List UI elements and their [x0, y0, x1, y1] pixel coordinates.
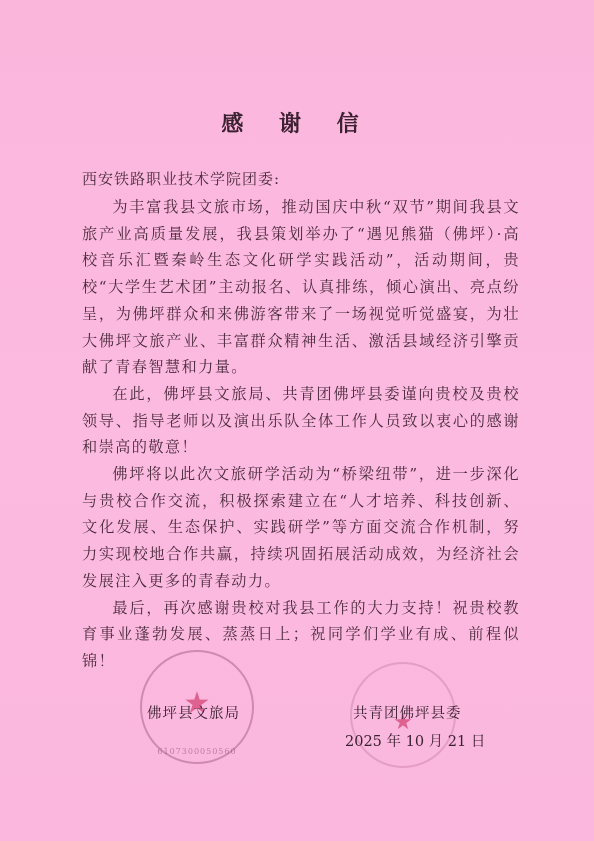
- paragraph-3: 佛坪将以此次文旅研学活动为“桥梁纽带”，进一步深化与贵校合作交流，积极探索建立在…: [82, 461, 520, 595]
- paragraph-4: 最后，再次感谢贵校对我县工作的大力支持！祝贵校教育事业蓬勃发展、蒸蒸日上；祝同学…: [82, 595, 520, 675]
- paragraph-2: 在此，佛坪县文旅局、共青团佛坪县委谨向贵校及贵校领导、指导老师以及演出乐队全体工…: [82, 381, 520, 461]
- signature-right: 共青团佛坪县委: [353, 702, 462, 723]
- paragraph-1: 为丰富我县文旅市场，推动国庆中秋“双节”期间我县文旅产业高质量发展，我县策划举办…: [82, 194, 520, 381]
- salutation: 西安铁路职业技术学院团委:: [82, 168, 280, 189]
- letter-page: 感 谢 信 西安铁路职业技术学院团委: 为丰富我县文旅市场，推动国庆中秋“双节”…: [0, 0, 594, 841]
- signature-left: 佛坪县文旅局: [147, 702, 240, 723]
- letter-title: 感 谢 信: [0, 107, 594, 138]
- seal-number: 6107300050560: [142, 747, 252, 756]
- letter-body: 为丰富我县文旅市场，推动国庆中秋“双节”期间我县文旅产业高质量发展，我县策划举办…: [82, 194, 520, 675]
- letter-date: 2025 年 10 月 21 日: [345, 730, 485, 751]
